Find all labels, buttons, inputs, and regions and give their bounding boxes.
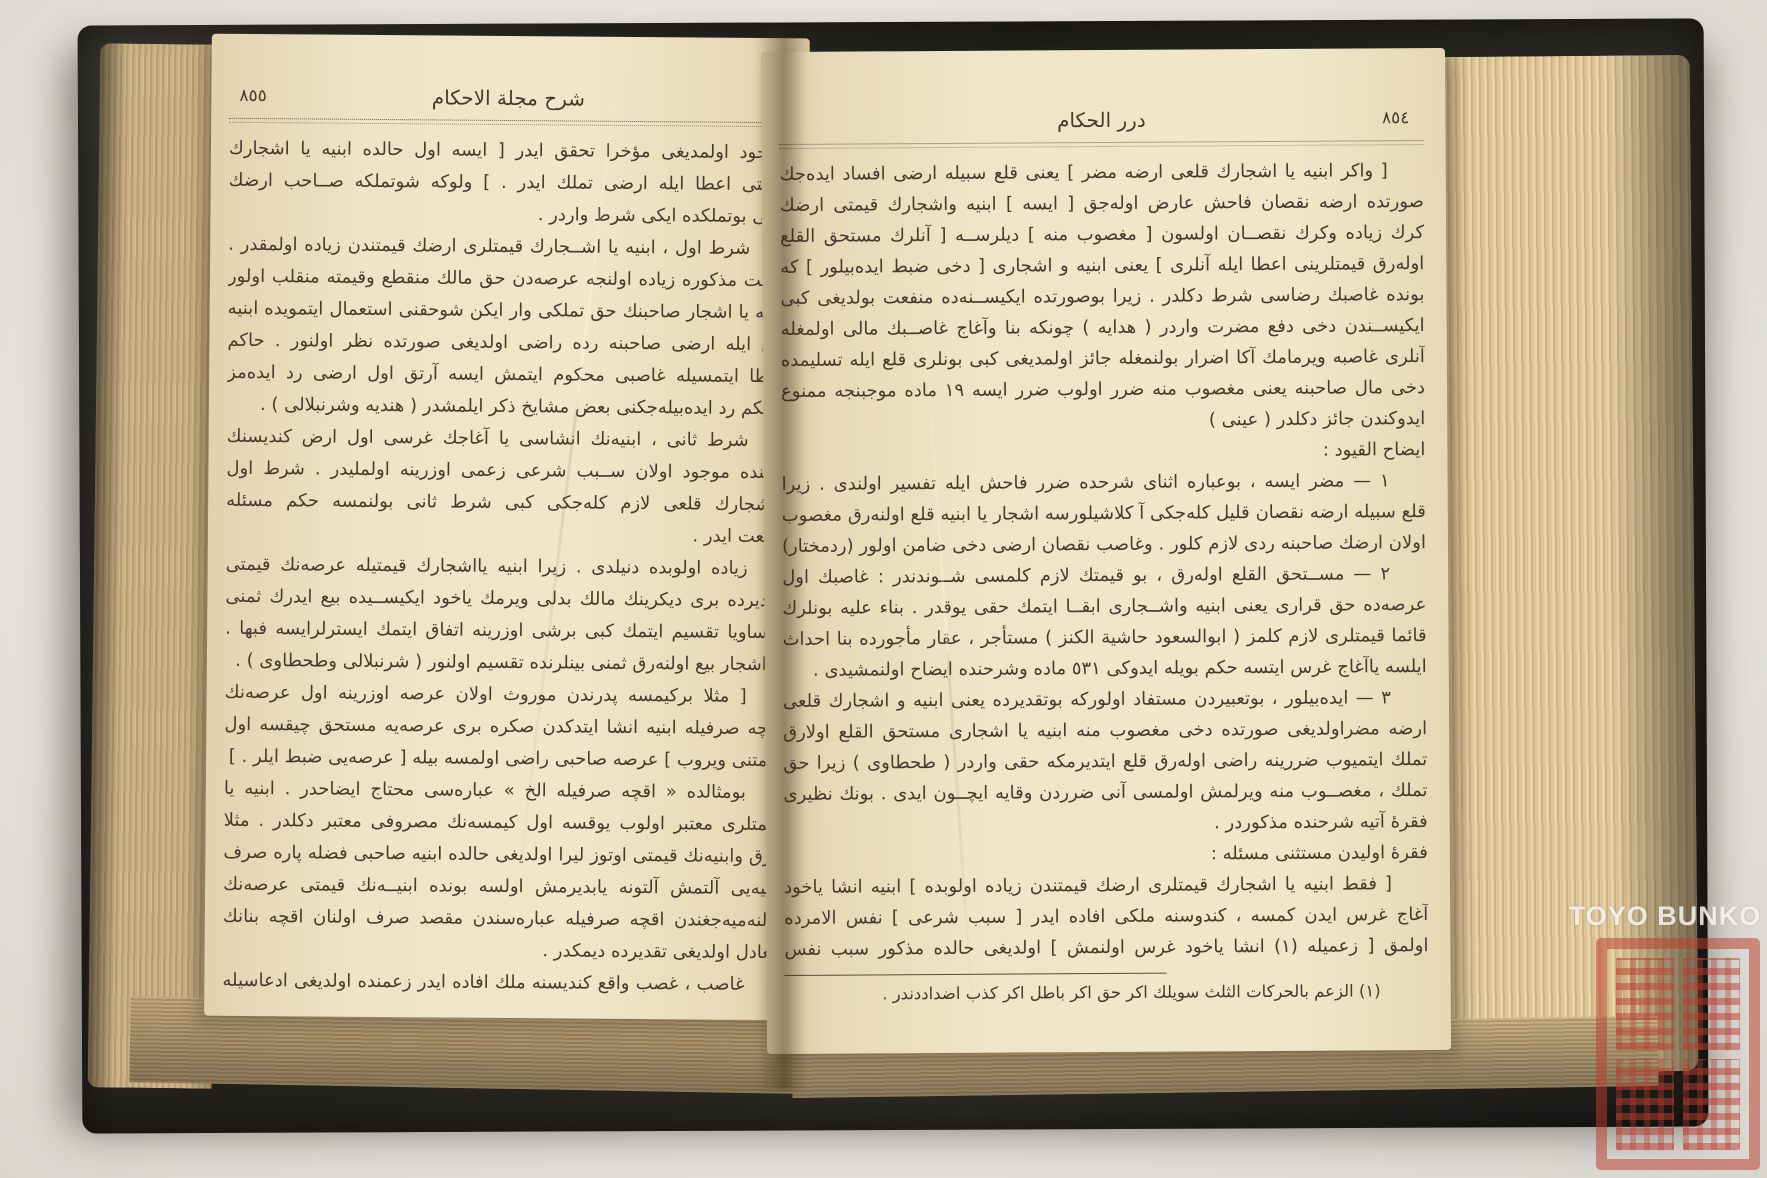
text-line: يا اشجار بيع اولنه‌رق ثمنى بينلرنده تقسي… bbox=[225, 645, 783, 681]
right-page: ٨٥٤ درر الحكام [ واكر ابنيه يا اشجارك قل… bbox=[761, 48, 1451, 1054]
text-line: آنلرى غاصبه ويرمامك آكا اضرار بولنمغله ج… bbox=[781, 341, 1425, 376]
text-line: ابنيه‌يى آلتمش آلتونه يابديرمش اولسه بون… bbox=[223, 869, 781, 905]
text-line: [ فقط ابنيه يا اشجارك قيمتلرى ارضك قيمتن… bbox=[784, 868, 1428, 903]
text-line: ايضاح القيود : bbox=[781, 434, 1425, 469]
text-line: كرك زياده وكرك نقصــان اولسون [ مغصوب من… bbox=[780, 217, 1424, 252]
text-line: اعطا ايتمسيله غاصبى محكوم ايتمش ايسه آرت… bbox=[227, 357, 785, 393]
text-line: عرصه‌ده حق قرارى يعنى ابنيه واشــجارى اب… bbox=[782, 589, 1426, 624]
text-line: قيمت مذكوره زياده اولنجه عرصه‌دن حق مالك… bbox=[228, 261, 786, 297]
right-page-text: [ واكر ابنيه يا اشجارك قلعى ارضه مضر ] ي… bbox=[780, 155, 1429, 965]
text-line: قائما قيمتلرى لازم كلمز ( ابوالسعود حاشي… bbox=[782, 620, 1426, 655]
text-line: ١ — مضر ايسه ، بوعباره اثناى شرحده ضرر ف… bbox=[781, 465, 1425, 500]
text-line: ابنيه يا اشجار صاحبنك حق تملكى وار ايكن … bbox=[228, 293, 786, 329]
text-line: ايلسه ياآغاج غرس ايتسه حكم بويله ايدوكى … bbox=[783, 651, 1427, 686]
right-page-number: ٨٥٤ bbox=[1382, 108, 1410, 128]
text-line: ايدوكندن جائز دكلدر ( عينى ) bbox=[781, 403, 1425, 438]
text-line: قيمتى اعطا ايله ارضى تملك ايدر . ] ولوكه… bbox=[229, 165, 787, 201]
left-page-running-title: شرح مجلة الاحكام bbox=[229, 84, 787, 112]
text-line: زياده اولوبده دنيلدى . زيرا ابنيه يااشجا… bbox=[226, 549, 784, 585]
text-line: [ واكر ابنيه يا اشجارك قلعى ارضه مضر ] ي… bbox=[780, 155, 1424, 190]
text-line: قرق وابنيه‌نك قيمتى اوتوز ليرا اولديغى ح… bbox=[223, 837, 781, 873]
seal-character-block bbox=[1683, 1059, 1741, 1151]
text-line: الحكم رد ايده‌بيله‌جكنى بعض مشايخ ذكر اي… bbox=[227, 389, 785, 425]
text-line: تملك ايتميوب ضررينه راضى اوله‌رق قلع ايت… bbox=[783, 744, 1427, 779]
text-line: بونده غاصبك رضاسى شرط دكلدر . زيرا بوصور… bbox=[780, 279, 1424, 314]
text-line: موجود اولمديغى مؤخرا تحقق ايدر [ ايسه او… bbox=[229, 133, 787, 169]
text-line: [ مثلا بركيمسه پدرندن موروث اولان عرصه ا… bbox=[225, 677, 783, 713]
text-line: ايكيســندن دخى دفع مضرت واردر ( هدايه ) … bbox=[781, 310, 1425, 345]
left-page-text: موجود اولمديغى مؤخرا تحقق ايدر [ ايسه او… bbox=[222, 133, 787, 1001]
photo-of-open-book: ٨٥٥ شرح مجلة الاحكام موجود اولمديغى مؤخر… bbox=[0, 0, 1767, 1178]
text-line: اوله‌رق قيمتلرينى اعطا ايله آنلرى ] يعنى… bbox=[780, 248, 1424, 283]
right-page-header: ٨٥٤ درر الحكام bbox=[779, 106, 1423, 142]
text-line: اولان ارضك صاحبنه ردى لازم كلور . وغاصب … bbox=[782, 527, 1426, 562]
footnote: (١) الزعم بالحركات الثلث سويلك اكر حق اك… bbox=[785, 976, 1429, 1010]
text-line: واشجارك قلعى لازم كله‌جكى كبى شرط ثانى ب… bbox=[226, 485, 784, 521]
text-line: شرط ثانى ، ابنيه‌نك انشاسى يا آغاجك غرسى… bbox=[227, 421, 785, 457]
left-page-header: ٨٥٥ شرح مجلة الاحكام bbox=[229, 84, 787, 120]
text-line: تقديرده برى ديكرينك مالك بدلى ويرمك ياخو… bbox=[225, 581, 783, 617]
text-line: قلع ايله ارضى صاحبنه رده راضى اولديغى صو… bbox=[227, 325, 785, 361]
text-line: آغاج غرس ايدن كمسه ، كندوسنه ملكى افاده … bbox=[784, 899, 1428, 934]
seal-character-block bbox=[1616, 1059, 1674, 1151]
text-line: ٢ — مســتحق القلع اوله‌رق ، بو قيمتك لاز… bbox=[782, 558, 1426, 593]
text-line: قيمتلرى معتبر اولوب يوقسه اول كيمسه‌نك م… bbox=[224, 805, 782, 841]
text-line: شرط اول ، ابنيه يا اشــجارك قيمتلرى ارضك… bbox=[228, 229, 786, 265]
seal-character-block bbox=[1616, 958, 1674, 1050]
text-line: اولنه‌ميه‌جغندن اقچه صرفيله عباره‌سندن م… bbox=[223, 901, 781, 937]
text-line: تملك ، مغصــوب منه ويرلمش اولمسى آنى ضرر… bbox=[783, 775, 1427, 810]
text-line: دخى مال صاحبنه يعنى مغصوب منه ضرر اولوب … bbox=[781, 372, 1425, 407]
text-line: بومثالده « اقچه صرفيله الخ » عباره‌سى مح… bbox=[224, 773, 782, 809]
right-page-running-title: درر الحكام bbox=[779, 106, 1423, 134]
text-line: قلع سبيله ارضه نقصان قليل كله‌جكى آ كلاش… bbox=[782, 496, 1426, 531]
left-page-number: ٨٥٥ bbox=[239, 86, 267, 106]
text-line: رجعت ايدر . bbox=[226, 517, 784, 553]
text-line: يعنى بوتملكده ايكى شرط واردر . bbox=[228, 197, 786, 233]
text-line: متساويا تقسيم ايتمك كبى برشى اوزرينه اتف… bbox=[225, 613, 783, 649]
text-line: حقنده موجود اولان ســبب شرعى زعمى اوزرين… bbox=[226, 453, 784, 489]
text-line: ارضه مضراولديغى صورتده دخى مغصوب منه ابن… bbox=[783, 713, 1427, 748]
text-line: قيمتنى ويروب ] عرصه صاحبى راضى اولمسه بي… bbox=[224, 741, 782, 777]
text-line: اولمق [ زعميله (١) انشا ياخود غرس اولنمش… bbox=[784, 930, 1428, 965]
text-line: فقرهٔ آتيه شرحنده مذكوردر . bbox=[784, 806, 1428, 841]
text-line: ٣ — ايده‌بيلور ، بوتعبيردن مستفاد اولورك… bbox=[783, 682, 1427, 717]
text-line: فقرهٔ اوليدن مستثنى مسئله : bbox=[784, 837, 1428, 872]
toyo-bunko-seal bbox=[1596, 938, 1760, 1170]
text-line: صورتده ارضه نقصان فاحش عارض اوله‌جق [ اي… bbox=[780, 186, 1424, 221]
seal-character-block bbox=[1683, 958, 1741, 1050]
toyo-bunko-watermark-text: TOYO BUNKO bbox=[1560, 901, 1767, 932]
left-page: ٨٥٥ شرح مجلة الاحكام موجود اولمديغى مؤخر… bbox=[204, 34, 810, 1021]
text-line: غاصب ، غصب واقع كنديسنه ملك افاده ايدر ز… bbox=[222, 965, 780, 1001]
text-line: اقچه صرفيله ابنيه انشا ايتدكدن صكره برى … bbox=[224, 709, 782, 745]
footnote-rule bbox=[785, 973, 1167, 976]
text-line: معادل اولديغى تقديرده ديمكدر . bbox=[223, 933, 781, 969]
